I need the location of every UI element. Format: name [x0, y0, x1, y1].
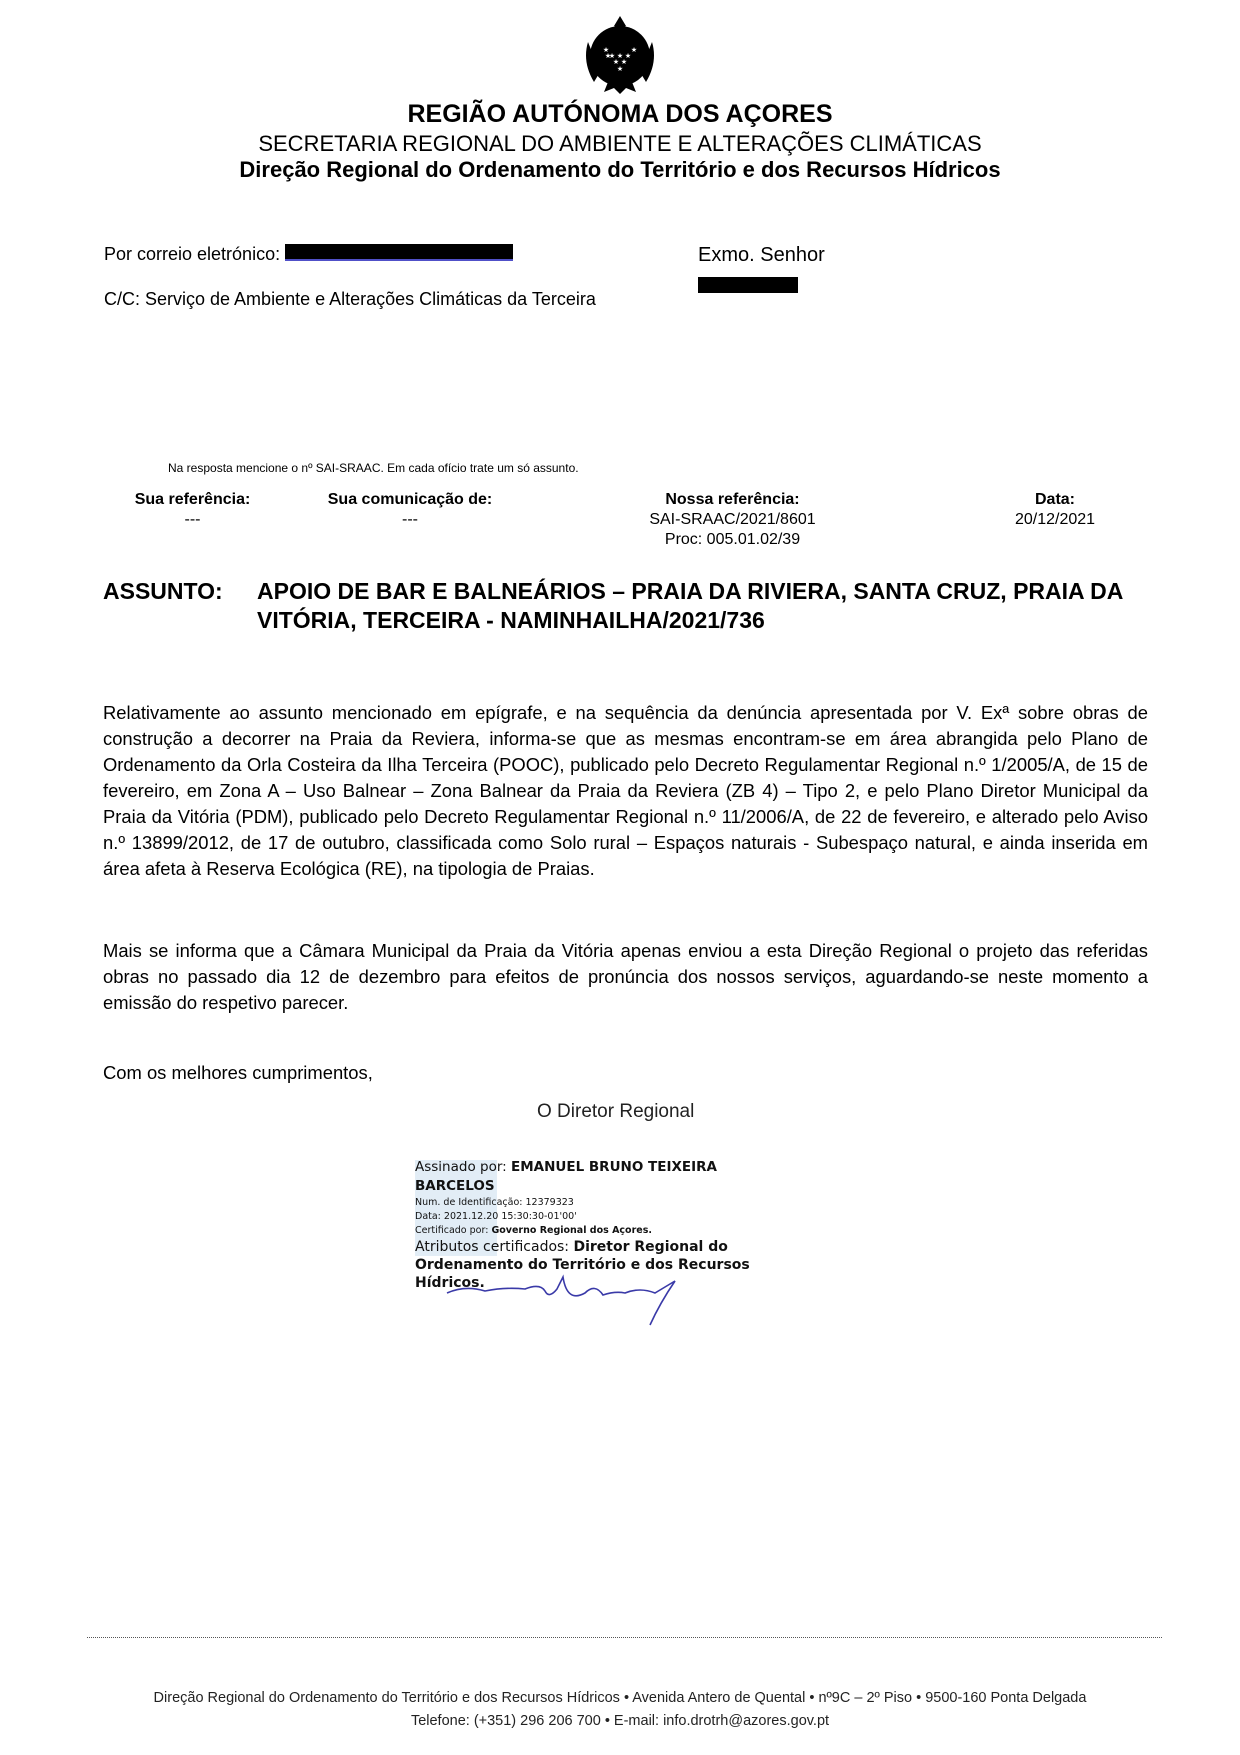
email-label: Por correio eletrónico:	[104, 244, 280, 264]
footer-contact: Telefone: (+351) 296 206 700 • E-mail: i…	[0, 1713, 1240, 1729]
ref-label: Nossa referência:	[600, 490, 865, 510]
cert-value: Governo Regional dos Açores.	[491, 1225, 652, 1236]
subject-text: APOIO DE BAR E BALNEÁRIOS – PRAIA DA RIV…	[257, 577, 1148, 635]
closing: Com os melhores cumprimentos,	[103, 1062, 373, 1084]
ref-value: SAI-SRAAC/2021/8601	[600, 510, 865, 530]
region-title: REGIÃO AUTÓNOMA DOS AÇORES	[0, 100, 1240, 129]
signed-by-label: Assinado por:	[415, 1159, 507, 1175]
attr-value: Diretor Regional do	[573, 1239, 727, 1255]
cert-line: Certificado por: Governo Regional dos Aç…	[415, 1224, 775, 1238]
our-reference: Nossa referência: SAI-SRAAC/2021/8601 Pr…	[600, 490, 865, 550]
signer-name: EMANUEL BRUNO TEIXEIRA	[511, 1159, 717, 1175]
digital-signature-block: Assinado por: EMANUEL BRUNO TEIXEIRA BAR…	[415, 1158, 775, 1292]
directorate-title: Direção Regional do Ordenamento do Terri…	[0, 157, 1240, 183]
email-line: Por correio eletrónico:	[104, 244, 513, 265]
your-reference: Sua referência: ---	[110, 490, 275, 530]
subject-key: ASSUNTO:	[103, 577, 223, 606]
svg-text:★: ★	[617, 65, 623, 73]
ref-value: 20/12/2021	[955, 510, 1155, 530]
svg-text:★: ★	[605, 52, 611, 60]
signatory-title: O Diretor Regional	[537, 1101, 694, 1123]
ref-label: Sua comunicação de:	[300, 490, 520, 510]
redacted-recipient-name	[698, 277, 798, 293]
ref-value: ---	[110, 510, 275, 530]
ref-value: ---	[300, 510, 520, 530]
your-communication: Sua comunicação de: ---	[300, 490, 520, 530]
attr-line: Atributos certificados: Diretor Regional…	[415, 1239, 775, 1256]
signer-name-2-line: BARCELOS	[415, 1177, 775, 1196]
process-number: Proc: 005.01.02/39	[600, 530, 865, 550]
cert-label: Certificado por:	[415, 1225, 488, 1236]
reply-note: Na resposta mencione o nº SAI-SRAAC. Em …	[168, 461, 579, 475]
salutation: Exmo. Senhor	[698, 244, 825, 267]
cc-line: C/C: Serviço de Ambiente e Alterações Cl…	[104, 289, 596, 310]
ref-label: Sua referência:	[110, 490, 275, 510]
azores-eagle-emblem-icon: ★★ ★★★ ★★ ★★	[580, 12, 660, 94]
redacted-email-link[interactable]	[285, 244, 513, 261]
body-paragraph-1: Relativamente ao assunto mencionado em e…	[103, 700, 1148, 882]
signer-name-2: BARCELOS	[415, 1178, 495, 1194]
date-line: Data: 2021.12.20 15:30:30-01'00'	[415, 1210, 775, 1224]
footer-divider	[87, 1637, 1162, 1638]
attr-label: Atributos certificados:	[415, 1239, 569, 1255]
subject: ASSUNTO: APOIO DE BAR E BALNEÁRIOS – PRA…	[103, 577, 1148, 635]
footer-address: Direção Regional do Ordenamento do Terri…	[0, 1690, 1240, 1706]
body-paragraph-2: Mais se informa que a Câmara Municipal d…	[103, 938, 1148, 1016]
date: Data: 20/12/2021	[955, 490, 1155, 530]
signed-by-line: Assinado por: EMANUEL BRUNO TEIXEIRA	[415, 1158, 775, 1177]
ref-label: Data:	[955, 490, 1155, 510]
secretariat-title: SECRETARIA REGIONAL DO AMBIENTE E ALTERA…	[0, 131, 1240, 157]
handwritten-signature-icon	[445, 1263, 705, 1333]
svg-text:★: ★	[631, 46, 637, 54]
id-line: Num. de Identificação: 12379323	[415, 1196, 775, 1210]
